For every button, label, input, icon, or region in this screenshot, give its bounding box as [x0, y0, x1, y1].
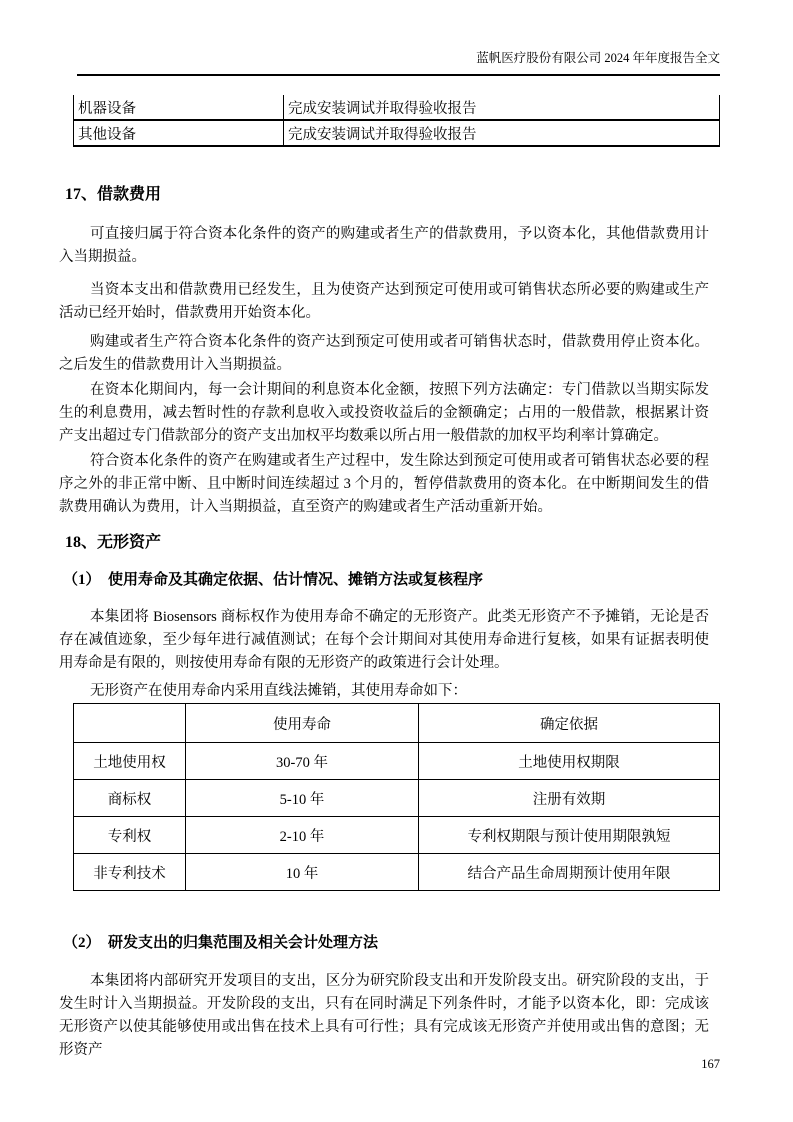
table-row: 非专利技术 10 年 结合产品生命周期预计使用年限: [74, 854, 720, 891]
paragraph: 当资本支出和借款费用已经发生，且为使资产达到预定可使用或可销售状态所必要的购建或…: [59, 279, 709, 325]
section-18-heading: 18、无形资产: [65, 532, 709, 554]
table-cell-asset-type: 机器设备: [74, 95, 284, 120]
table-cell-item: 非专利技术: [74, 854, 186, 891]
acceptance-criteria-table: 机器设备 完成安装调试并取得验收报告 其他设备 完成安装调试并取得验收报告: [73, 95, 720, 147]
table-cell-life: 30-70 年: [186, 743, 419, 780]
table-cell-basis: 专利权期限与预计使用期限孰短: [419, 817, 720, 854]
table-cell-criteria: 完成安装调试并取得验收报告: [284, 95, 720, 120]
page-number: 167: [0, 1056, 720, 1072]
section-17-heading: 17、借款费用: [65, 184, 709, 206]
table-cell-life: 2-10 年: [186, 817, 419, 854]
table-cell-item: 商标权: [74, 780, 186, 817]
paragraph: 无形资产在使用寿命内采用直线法摊销，其使用寿命如下：: [59, 680, 709, 703]
table-row: 其他设备 完成安装调试并取得验收报告: [74, 120, 720, 146]
section-18-1-heading: （1） 使用寿命及其确定依据、估计情况、摊销方法或复核程序: [63, 570, 709, 591]
table-cell-item: 专利权: [74, 817, 186, 854]
table-cell-criteria: 完成安装调试并取得验收报告: [284, 120, 720, 146]
table-cell-asset-type: 其他设备: [74, 120, 284, 146]
table-cell-life: 10 年: [186, 854, 419, 891]
table-header-useful-life: 使用寿命: [186, 704, 419, 743]
table-header-basis: 确定依据: [419, 704, 720, 743]
paragraph: 在资本化期间内，每一会计期间的利息资本化金额，按照下列方法确定：专门借款以当期实…: [59, 379, 709, 448]
table-cell-basis: 注册有效期: [419, 780, 720, 817]
section-18-2-heading: （2） 研发支出的归集范围及相关会计处理方法: [63, 933, 709, 954]
useful-life-table: 使用寿命 确定依据 土地使用权 30-70 年 土地使用权期限 商标权 5-10…: [73, 703, 720, 891]
table-row: 专利权 2-10 年 专利权期限与预计使用期限孰短: [74, 817, 720, 854]
table-row: 机器设备 完成安装调试并取得验收报告: [74, 95, 720, 120]
table-cell-item: 土地使用权: [74, 743, 186, 780]
table-cell-life: 5-10 年: [186, 780, 419, 817]
table-header-empty: [74, 704, 186, 743]
report-title: 蓝帆医疗股份有限公司 2024 年年度报告全文: [476, 51, 720, 65]
table-cell-basis: 结合产品生命周期预计使用年限: [419, 854, 720, 891]
document-page: 蓝帆医疗股份有限公司 2024 年年度报告全文 机器设备 完成安装调试并取得验收…: [0, 0, 793, 1122]
paragraph: 购建或者生产符合资本化条件的资产达到预定可使用或者可销售状态时，借款费用停止资本…: [59, 331, 709, 377]
paragraph: 本集团将 Biosensors 商标权作为使用寿命不确定的无形资产。此类无形资产…: [59, 606, 709, 675]
table-header-row: 使用寿命 确定依据: [74, 704, 720, 743]
table-row: 商标权 5-10 年 注册有效期: [74, 780, 720, 817]
paragraph: 本集团将内部研究开发项目的支出，区分为研究阶段支出和开发阶段支出。研究阶段的支出…: [59, 970, 709, 1062]
table-cell-basis: 土地使用权期限: [419, 743, 720, 780]
paragraph: 可直接归属于符合资本化条件的资产的购建或者生产的借款费用，予以资本化，其他借款费…: [59, 223, 709, 269]
paragraph: 符合资本化条件的资产在购建或者生产过程中，发生除达到预定可使用或者可销售状态必要…: [59, 450, 709, 519]
table-row: 土地使用权 30-70 年 土地使用权期限: [74, 743, 720, 780]
page-header: 蓝帆医疗股份有限公司 2024 年年度报告全文: [77, 50, 720, 76]
